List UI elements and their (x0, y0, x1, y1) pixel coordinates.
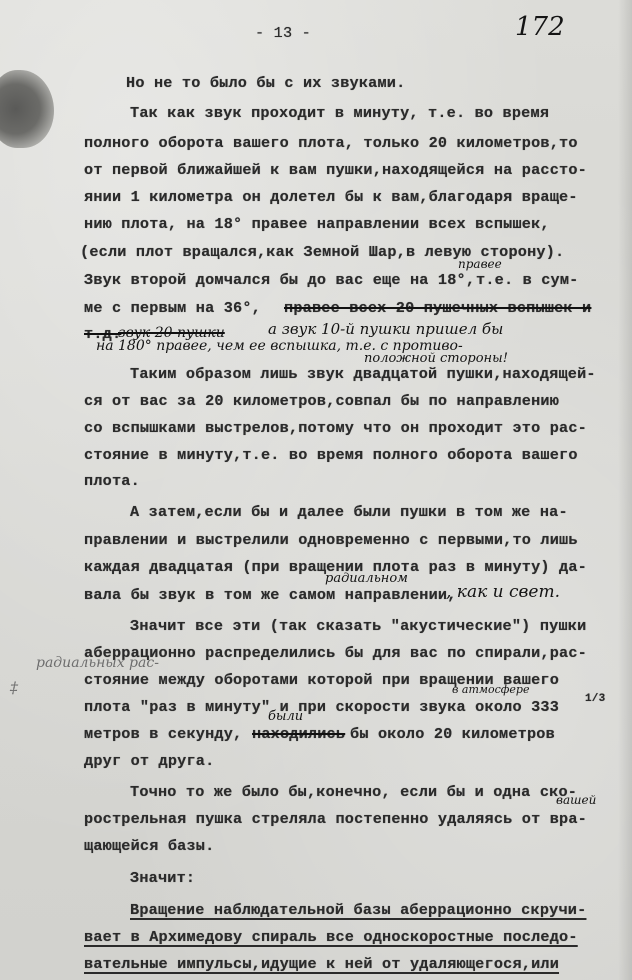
text-line: ме с первым на 36°, (84, 301, 261, 316)
page-edge-shadow (618, 0, 632, 980)
underlined-conclusion-line: вательные импульсы,идущие к ней от удаля… (84, 957, 559, 972)
underlined-conclusion-line: Вращение наблюдательной базы аберрационн… (130, 903, 586, 918)
text-line: со вспышками выстрелов,потому что он про… (84, 421, 587, 436)
archive-number-handwritten: 172 (515, 14, 565, 40)
handwritten-insert-byli: были (268, 710, 303, 723)
text-line: аберрационно распределились бы для вас п… (84, 646, 587, 661)
text-line: правлении и выстрелили одновременно с пе… (84, 533, 578, 548)
handwritten-insert-line: а звук 10-й пушки пришел бы (268, 322, 503, 337)
text-line: стояние в минуту,т.е. во время полного о… (84, 448, 578, 463)
text-line: янии 1 километра он долетел бы к вам,бла… (84, 190, 578, 205)
margin-mark: ‡ (10, 680, 18, 696)
text-line: Значит все эти (так сказать "акустически… (130, 619, 586, 634)
text-line: А затем,если бы и далее были пушки в том… (130, 505, 568, 520)
handwritten-insert-kak-i-svet: , как и свет. (446, 584, 560, 601)
struck-text: правее всех 20 пушечных вспышек и (284, 301, 591, 316)
handwritten-insert-line: положной стороны! (364, 352, 508, 365)
text-line: ся от вас за 20 километров,совпал бы по … (84, 394, 559, 409)
text-line: плота "раз в минуту" и при скорости звук… (84, 700, 559, 715)
handwritten-insert-pravee: правее (458, 258, 502, 270)
text-line: т.е. в сум- (476, 273, 578, 288)
page-number: - 13 - (255, 26, 311, 41)
fraction: 1/3 (585, 694, 605, 705)
margin-pencil-note: радиальных рас- (36, 656, 159, 670)
text-line: Звук второй домчался бы до вас еще на 18… (84, 273, 475, 288)
text-line: Так как звук проходит в минуту, т.е. во … (130, 106, 549, 121)
struck-text: находились (252, 727, 345, 742)
text-line: плота. (84, 474, 140, 489)
ink-stain (0, 70, 54, 148)
text-line: бы около 20 километров (350, 727, 555, 742)
underlined-conclusion-line: вает в Архимедову спираль все односкорос… (84, 930, 578, 945)
text-line: от первой ближайшей к вам пушки,находяще… (84, 163, 587, 178)
handwritten-insert-v-atmosfere: в атмосфере (452, 684, 529, 695)
text-line: Но не то было бы с их звуками. (126, 76, 405, 91)
handwritten-insert-vashei: вашей (556, 794, 596, 806)
text-line: метров в секунду, (84, 727, 242, 742)
text-line: вала бы звук в том же самом направлении, (84, 588, 457, 603)
text-line: Точно то же было бы,конечно, если бы и о… (130, 785, 577, 800)
handwritten-insert-radialnom: радиальном (325, 572, 408, 585)
scanned-page: - 13 - 172 Но не то было бы с их звуками… (0, 0, 632, 980)
text-line: рострельная пушка стреляла постепенно уд… (84, 812, 587, 827)
text-line: полного оборота вашего плота, только 20 … (84, 136, 578, 151)
text-line: нию плота, на 18° правее направлении все… (84, 217, 550, 232)
text-line: Значит: (130, 871, 195, 886)
text-line: щающейся базы. (84, 839, 214, 854)
text-line: Таким образом лишь звук двадцатой пушки,… (130, 367, 596, 382)
text-line: друг от друга. (84, 754, 214, 769)
